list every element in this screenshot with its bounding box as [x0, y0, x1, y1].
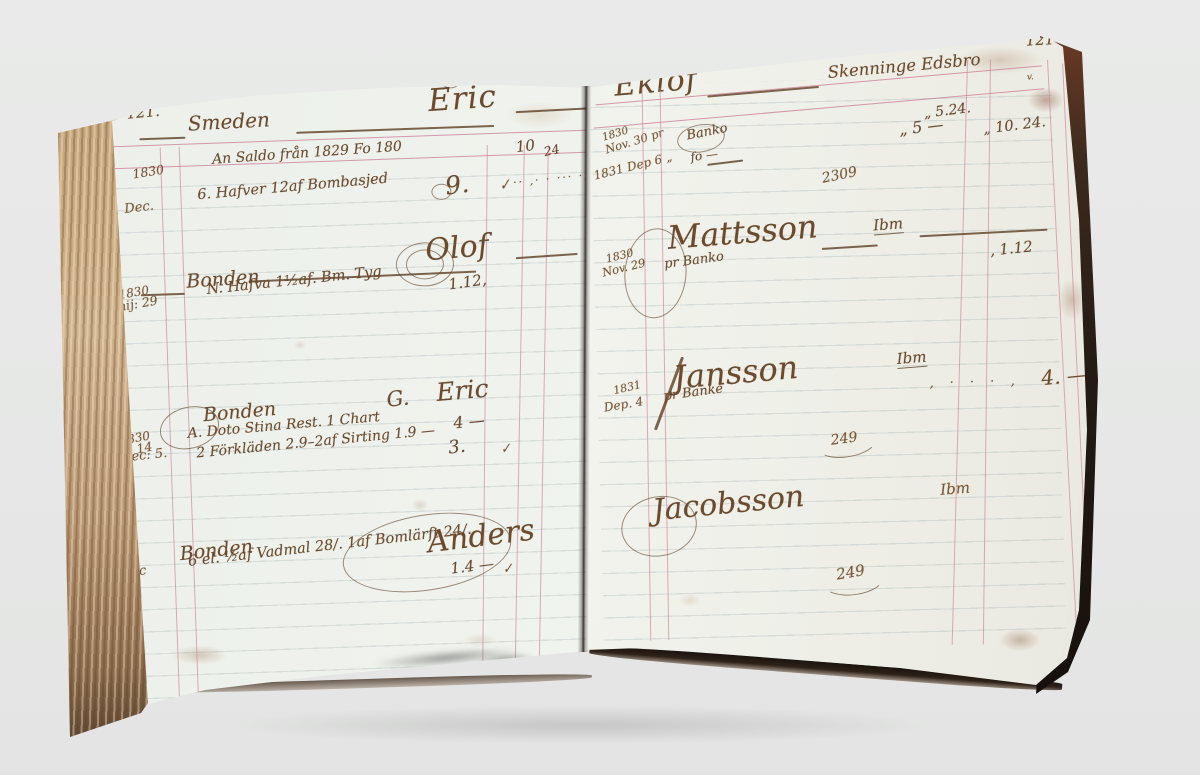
book-shadow — [90, 698, 1070, 752]
entry-value: 3. — [447, 438, 466, 458]
heading-smeden: Smeden — [187, 109, 270, 133]
heading-dash — [139, 137, 185, 140]
entry-value: 4 — — [453, 412, 486, 431]
account-name-eric2: Eric — [435, 376, 489, 405]
account-value: ‚ 1.12 — [989, 239, 1033, 258]
entry-value: 9. — [444, 171, 471, 199]
place-ibm: Ibm — [940, 481, 971, 498]
filler-dots: ‚ · · · ‚ — [929, 375, 1021, 390]
amount-col1: 10 — [515, 138, 536, 155]
account-value: 4. — — [1040, 364, 1087, 388]
heading-rule — [516, 107, 588, 112]
left-page-content: 121. Smeden Eric 1830 An Saldo från 1829… — [90, 82, 621, 719]
place-ibm: Ibm — [873, 216, 904, 235]
check-mark: ✓ — [501, 562, 514, 577]
place-ibm: Ibm — [896, 350, 927, 369]
left-page-number: 121. — [126, 104, 161, 122]
account-prefix: G. — [386, 388, 411, 411]
account-name-olof: Olof — [424, 231, 490, 266]
check-mark: ✓ — [499, 442, 512, 457]
amount-col2: 24 — [543, 143, 561, 159]
account-name-eric: Eric — [427, 81, 498, 117]
right-page-number: 121 — [1025, 32, 1054, 48]
right-page-body: 2309 Mattsson Ibm ‚ 1.12 1830 Nov. 29 pr… — [588, 167, 1080, 659]
ledger-photo: 121. Smeden Eric 1830 An Saldo från 1829… — [0, 0, 1200, 775]
heading-rule — [296, 125, 494, 134]
